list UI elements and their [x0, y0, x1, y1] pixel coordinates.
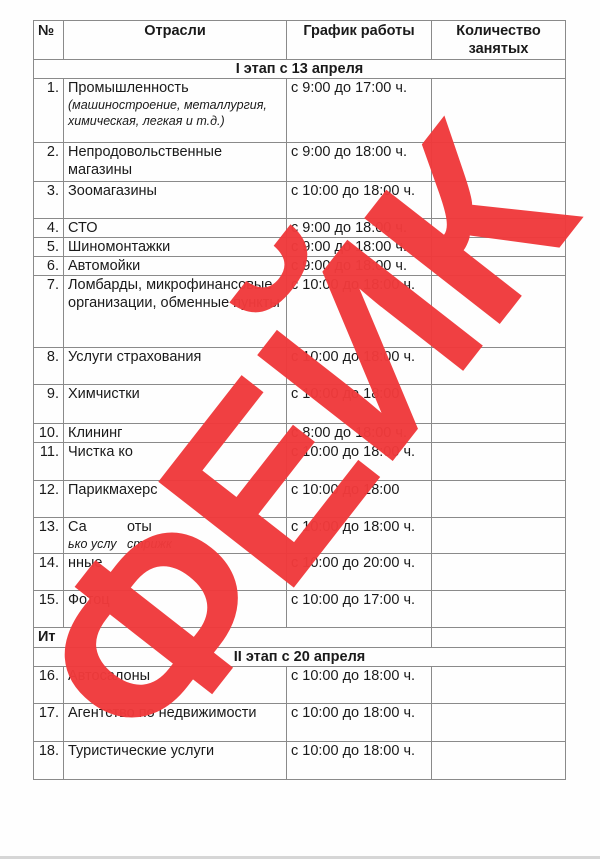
row-number: 9. [34, 385, 64, 424]
industry-name: Са оты [68, 518, 282, 536]
row-number: 6. [34, 257, 64, 276]
stage-2-row: II этап с 20 апреля [34, 648, 566, 667]
row-schedule: с 10:00 до 18:00 ч. [287, 518, 432, 554]
industry-name: Туристические услуги [68, 742, 282, 760]
row-schedule: с 9:00 до 17:00 ч. [287, 79, 432, 143]
table-row: 5.Шиномонтажкис 9:00 до 18:00 ч. [34, 238, 566, 257]
industry-name: Чистка ко [68, 443, 282, 461]
row-count [432, 182, 566, 219]
row-number: 10. [34, 424, 64, 443]
row-count [432, 742, 566, 780]
row-industry: Фотоц [64, 591, 287, 628]
row-schedule: с 10:00 до 18:00 ч. [287, 348, 432, 385]
table-row: 10.Клинингс 8:00 до 18:00 ч. [34, 424, 566, 443]
row-number: 17. [34, 704, 64, 742]
row-number: 8. [34, 348, 64, 385]
row-count [432, 276, 566, 348]
row-count [432, 238, 566, 257]
table-row: 16.Автосалоныс 10:00 до 18:00 ч. [34, 667, 566, 704]
table-row: 11.Чистка кос 10:00 до 18:00 ч. [34, 443, 566, 481]
row-count [432, 667, 566, 704]
industry-name: Зоомагазины [68, 182, 282, 200]
stage-2-title: II этап с 20 апреля [34, 648, 566, 667]
total-label: Ит [34, 628, 432, 648]
header-schedule: График работы [287, 21, 432, 60]
row-count [432, 554, 566, 591]
row-industry: Автосалоны [64, 667, 287, 704]
row-industry: Услуги страхования [64, 348, 287, 385]
table-row: 14.нныес 10:00 до 20:00 ч. [34, 554, 566, 591]
industry-name: Промышленность [68, 79, 282, 97]
row-industry: Са отыько услу стрижк [64, 518, 287, 554]
schedule-table: № Отрасли График работы Количество занят… [33, 20, 566, 780]
industry-name: Агентство по недвижимости [68, 704, 282, 722]
industry-name: Парикмахерс [68, 481, 282, 499]
row-number: 7. [34, 276, 64, 348]
row-industry: Агентство по недвижимости [64, 704, 287, 742]
row-schedule: с 10:00 до 18:00 [287, 385, 432, 424]
row-schedule: с 10:00 до 18:00 ч. [287, 704, 432, 742]
row-number: 11. [34, 443, 64, 481]
row-schedule: с 9:00 до 18:00 ч. [287, 219, 432, 238]
row-schedule: с 9:00 до 18:00 ч. [287, 238, 432, 257]
row-number: 5. [34, 238, 64, 257]
table-row: 18.Туристические услугис 10:00 до 18:00 … [34, 742, 566, 780]
row-number: 15. [34, 591, 64, 628]
table-header-row: № Отрасли График работы Количество занят… [34, 21, 566, 60]
stage-1-row: I этап с 13 апреля [34, 60, 566, 79]
total-row: Ит [34, 628, 566, 648]
table-row: 8.Услуги страхованияс 10:00 до 18:00 ч. [34, 348, 566, 385]
industry-name: нные [68, 554, 282, 572]
table-row: 9.Химчисткис 10:00 до 18:00 [34, 385, 566, 424]
header-number: № [34, 21, 64, 60]
row-number: 4. [34, 219, 64, 238]
row-count [432, 143, 566, 182]
industry-name: Ломбарды, микрофинансовые организации, о… [68, 276, 282, 312]
industry-name: СТО [68, 219, 282, 237]
row-number: 12. [34, 481, 64, 518]
row-number: 18. [34, 742, 64, 780]
industry-name: Клининг [68, 424, 282, 442]
row-schedule: с 10:00 до 20:00 ч. [287, 554, 432, 591]
row-number: 1. [34, 79, 64, 143]
header-industry: Отрасли [64, 21, 287, 60]
row-count [432, 518, 566, 554]
table-row: 17.Агентство по недвижимостис 10:00 до 1… [34, 704, 566, 742]
industry-name: Непродовольственные магазины [68, 143, 282, 179]
row-industry: СТО [64, 219, 287, 238]
industry-name: Услуги страхования [68, 348, 282, 366]
stage-1-title: I этап с 13 апреля [34, 60, 566, 79]
row-schedule: с 10:00 до 18:00 ч. [287, 667, 432, 704]
row-industry: Непродовольственные магазины [64, 143, 287, 182]
row-number: 3. [34, 182, 64, 219]
row-industry: Парикмахерс [64, 481, 287, 518]
industry-name: Шиномонтажки [68, 238, 282, 256]
table-row: 3.Зоомагазиныс 10:00 до 18:00 ч. [34, 182, 566, 219]
row-count [432, 591, 566, 628]
row-count [432, 424, 566, 443]
row-industry: Шиномонтажки [64, 238, 287, 257]
industry-note: ько услу стрижк [68, 536, 282, 552]
row-number: 2. [34, 143, 64, 182]
row-schedule: с 10:00 до 17:00 ч. [287, 591, 432, 628]
row-count [432, 219, 566, 238]
row-industry: Промышленность(машиностроение, металлург… [64, 79, 287, 143]
row-schedule: с 8:00 до 18:00 ч. [287, 424, 432, 443]
row-count [432, 385, 566, 424]
header-count: Количество занятых [432, 21, 566, 60]
row-schedule: с 10:00 до 18:00 ч. [287, 742, 432, 780]
table-row: 7.Ломбарды, микрофинансовые организации,… [34, 276, 566, 348]
total-value [432, 628, 566, 648]
row-count [432, 79, 566, 143]
row-schedule: с 10:00 до 18:00 ч. [287, 182, 432, 219]
table-row: 13.Са отыько услу стрижкс 10:00 до 18:00… [34, 518, 566, 554]
row-industry: Химчистки [64, 385, 287, 424]
table-row: 2.Непродовольственные магазиныс 9:00 до … [34, 143, 566, 182]
row-industry: Чистка ко [64, 443, 287, 481]
row-industry: Клининг [64, 424, 287, 443]
row-schedule: с 10:00 до 18:00 ч. [287, 276, 432, 348]
row-industry: Автомойки [64, 257, 287, 276]
row-schedule: с 10:00 до 18:00 ч. [287, 443, 432, 481]
table-row: 6.Автомойкис 9:00 до 18:00 ч. [34, 257, 566, 276]
row-count [432, 704, 566, 742]
table-row: 1.Промышленность(машиностроение, металлу… [34, 79, 566, 143]
row-count [432, 443, 566, 481]
row-schedule: с 10:00 до 18:00 [287, 481, 432, 518]
industry-name: Фотоц [68, 591, 282, 609]
row-industry: нные [64, 554, 287, 591]
row-industry: Зоомагазины [64, 182, 287, 219]
row-count [432, 348, 566, 385]
table-row: 4.СТОс 9:00 до 18:00 ч. [34, 219, 566, 238]
industry-name: Автосалоны [68, 667, 282, 685]
row-count [432, 257, 566, 276]
row-schedule: с 9:00 до 18:00 ч. [287, 257, 432, 276]
row-number: 16. [34, 667, 64, 704]
table-row: 15.Фотоцс 10:00 до 17:00 ч. [34, 591, 566, 628]
industry-name: Автомойки [68, 257, 282, 275]
row-count [432, 481, 566, 518]
row-number: 13. [34, 518, 64, 554]
row-schedule: с 9:00 до 18:00 ч. [287, 143, 432, 182]
row-industry: Ломбарды, микрофинансовые организации, о… [64, 276, 287, 348]
industry-note: (машиностроение, металлургия, химическая… [68, 97, 282, 129]
table-row: 12.Парикмахерсс 10:00 до 18:00 [34, 481, 566, 518]
industry-name: Химчистки [68, 385, 282, 403]
row-industry: Туристические услуги [64, 742, 287, 780]
row-number: 14. [34, 554, 64, 591]
